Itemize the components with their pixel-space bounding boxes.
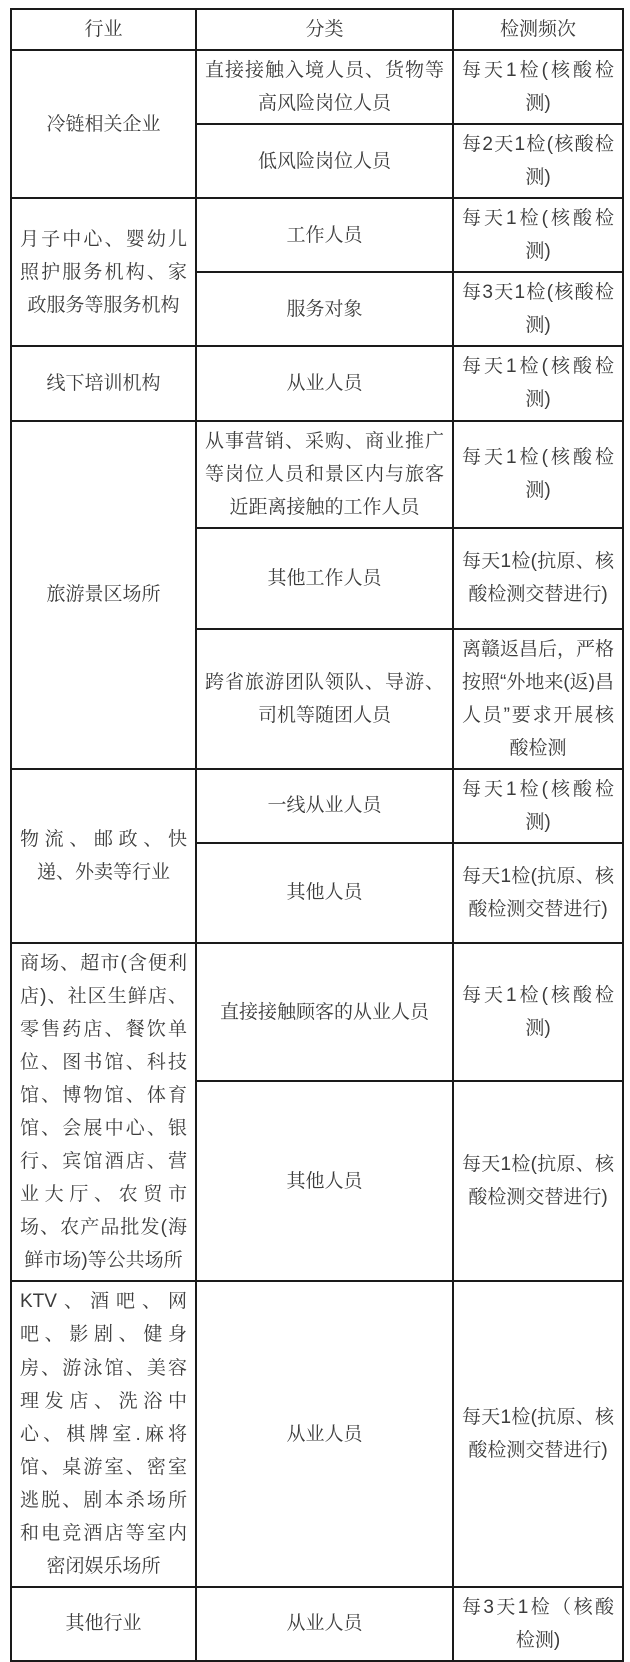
frequency-cell: 每天1检(核酸检测) <box>453 50 623 124</box>
frequency-cell: 每天1检(核酸检测) <box>453 198 623 272</box>
frequency-cell: 每2天1检(核酸检测) <box>453 124 623 198</box>
industry-cell: 物流、邮政、快递、外卖等行业 <box>11 769 196 943</box>
industry-cell: 线下培训机构 <box>11 346 196 420</box>
frequency-cell: 每天1检(核酸检测) <box>453 421 623 528</box>
frequency-cell: 每天1检(核酸检测) <box>453 769 623 843</box>
industry-cell: 月子中心、婴幼儿照护服务机构、家政服务等服务机构 <box>11 198 196 346</box>
frequency-cell: 每3天1检（核酸检测) <box>453 1587 623 1661</box>
frequency-cell: 每3天1检(核酸检测) <box>453 272 623 346</box>
category-cell: 低风险岗位人员 <box>196 124 453 198</box>
category-cell: 跨省旅游团队领队、导游、司机等随团人员 <box>196 629 453 769</box>
table-row: 冷链相关企业 直接接触入境人员、货物等高风险岗位人员 每天1检(核酸检测) <box>11 50 623 124</box>
table-row: KTV、酒吧、网吧、影剧、健身房、游泳馆、美容理发店、洗浴中心、棋牌室.麻将馆、… <box>11 1281 623 1586</box>
header-category: 分类 <box>196 9 453 50</box>
table-row: 旅游景区场所 从事营销、采购、商业推广等岗位人员和景区内与旅客近距离接触的工作人… <box>11 421 623 528</box>
category-cell: 从业人员 <box>196 346 453 420</box>
industry-cell: 其他行业 <box>11 1587 196 1661</box>
table-row: 线下培训机构 从业人员 每天1检(核酸检测) <box>11 346 623 420</box>
table-row: 商场、超市(含便利店)、社区生鲜店、零售药店、餐饮单位、图书馆、科技馆、博物馆、… <box>11 943 623 1081</box>
frequency-cell: 每天1检(抗原、核酸检测交替进行) <box>453 843 623 943</box>
category-cell: 直接接触顾客的从业人员 <box>196 943 453 1081</box>
frequency-cell: 每天1检(核酸检测) <box>453 346 623 420</box>
industry-cell: 商场、超市(含便利店)、社区生鲜店、零售药店、餐饮单位、图书馆、科技馆、博物馆、… <box>11 943 196 1281</box>
category-cell: 工作人员 <box>196 198 453 272</box>
frequency-cell: 离赣返昌后，严格按照“外地来(返)昌人员”要求开展核酸检测 <box>453 629 623 769</box>
frequency-cell: 每天1检(核酸检测) <box>453 943 623 1081</box>
category-cell: 其他人员 <box>196 843 453 943</box>
category-cell: 直接接触入境人员、货物等高风险岗位人员 <box>196 50 453 124</box>
frequency-cell: 每天1检(抗原、核酸检测交替进行) <box>453 528 623 629</box>
header-industry: 行业 <box>11 9 196 50</box>
category-cell: 一线从业人员 <box>196 769 453 843</box>
category-cell: 其他工作人员 <box>196 528 453 629</box>
header-frequency: 检测频次 <box>453 9 623 50</box>
category-cell: 其他人员 <box>196 1081 453 1281</box>
page: 行业 分类 检测频次 冷链相关企业 直接接触入境人员、货物等高风险岗位人员 每天… <box>0 0 630 1662</box>
frequency-cell: 每天1检(抗原、核酸检测交替进行) <box>453 1281 623 1586</box>
header-row: 行业 分类 检测频次 <box>11 9 623 50</box>
category-cell: 从事营销、采购、商业推广等岗位人员和景区内与旅客近距离接触的工作人员 <box>196 421 453 528</box>
industry-cell: 冷链相关企业 <box>11 50 196 198</box>
table-row: 物流、邮政、快递、外卖等行业 一线从业人员 每天1检(核酸检测) <box>11 769 623 843</box>
industry-cell: KTV、酒吧、网吧、影剧、健身房、游泳馆、美容理发店、洗浴中心、棋牌室.麻将馆、… <box>11 1281 196 1586</box>
testing-frequency-table: 行业 分类 检测频次 冷链相关企业 直接接触入境人员、货物等高风险岗位人员 每天… <box>10 8 624 1662</box>
table-row: 其他行业 从业人员 每3天1检（核酸检测) <box>11 1587 623 1661</box>
category-cell: 服务对象 <box>196 272 453 346</box>
category-cell: 从业人员 <box>196 1587 453 1661</box>
industry-cell: 旅游景区场所 <box>11 421 196 769</box>
frequency-cell: 每天1检(抗原、核酸检测交替进行) <box>453 1081 623 1281</box>
category-cell: 从业人员 <box>196 1281 453 1586</box>
table-row: 月子中心、婴幼儿照护服务机构、家政服务等服务机构 工作人员 每天1检(核酸检测) <box>11 198 623 272</box>
